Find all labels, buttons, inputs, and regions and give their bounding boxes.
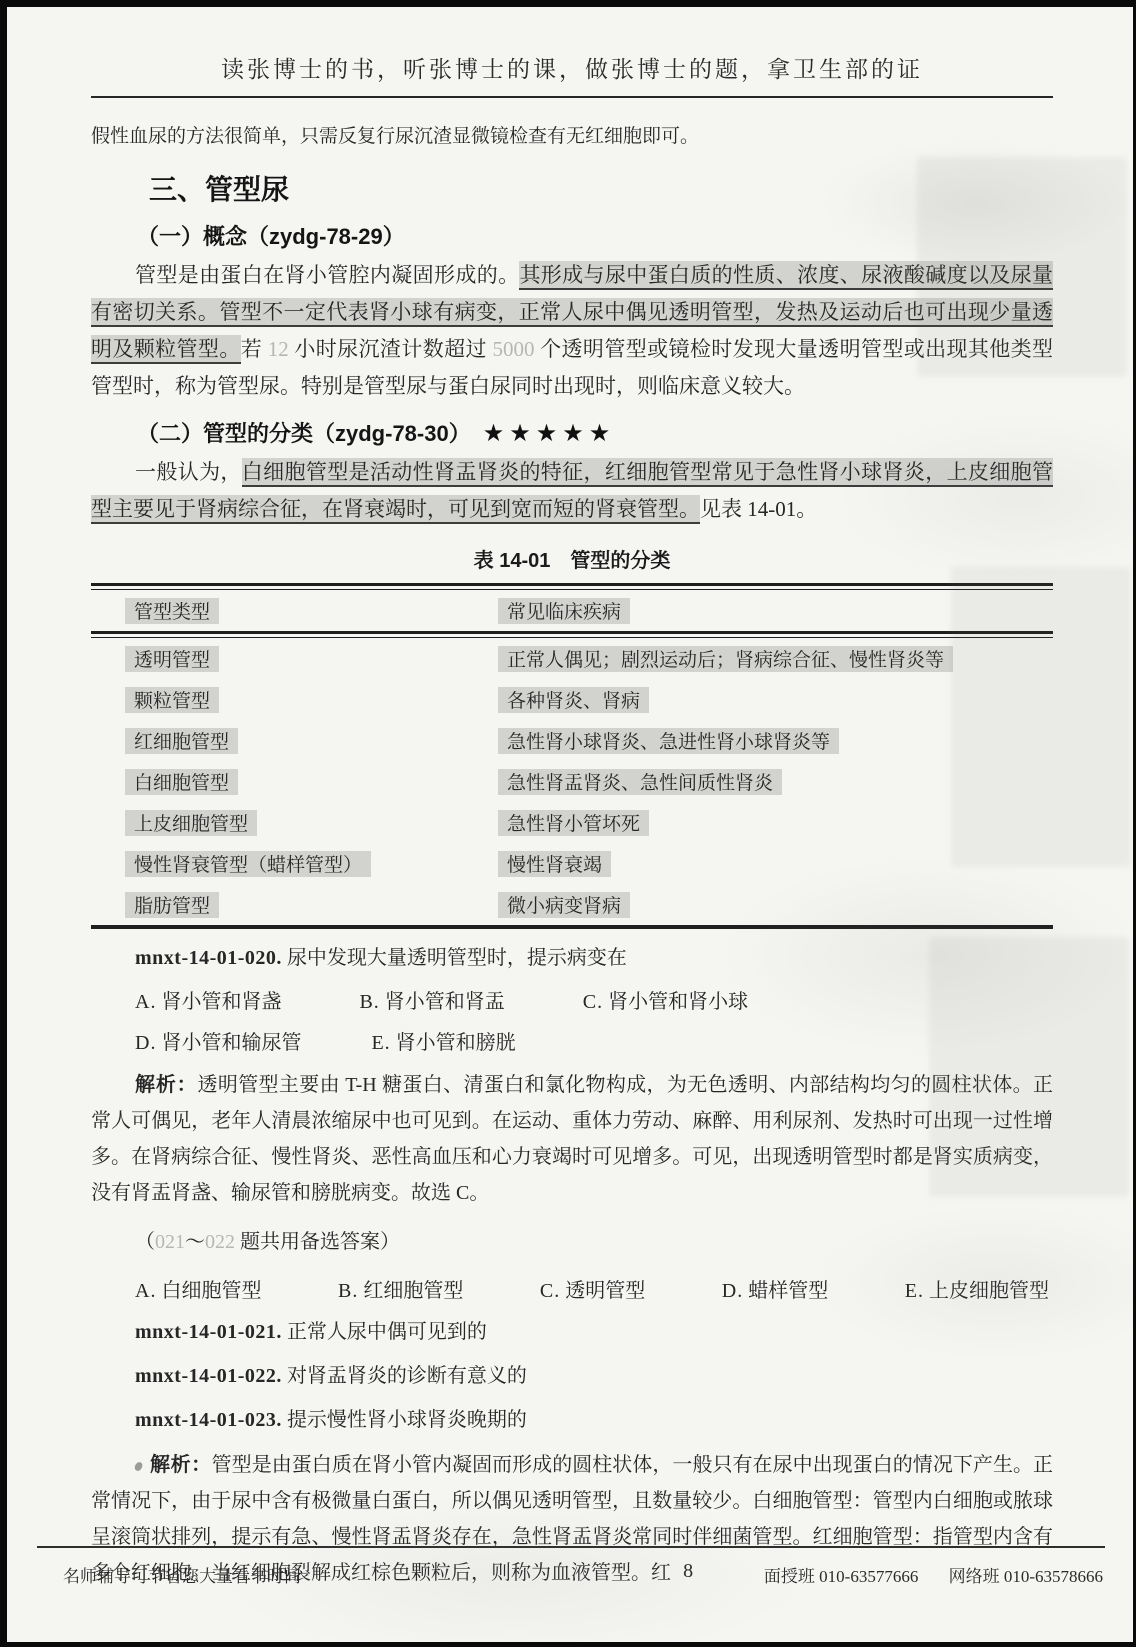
footer-contacts: 面授班 010-63577666 网络班 010-63578666 (738, 1562, 1103, 1587)
table-cell: 脂肪管型 (91, 891, 486, 918)
question-021-stem: 正常人尿中偶可见到的 (287, 1321, 487, 1343)
table-cell: 慢性肾衰竭 (486, 850, 1053, 877)
text-segment: 021 (155, 1231, 185, 1253)
footer-contact-wangluo: 网络班 010-63578666 (949, 1567, 1103, 1586)
table-header-rule (91, 631, 1053, 638)
subsection-2-title: （二）管型的分类（zydg-78-30） (137, 421, 471, 446)
text-segment: 小时尿沉渣计数超过 (294, 337, 486, 361)
table-cell: 急性肾小球肾炎、急进性肾小球肾炎等 (486, 727, 1053, 754)
table-cell: 白细胞管型 (91, 768, 486, 795)
option-b: B. 肾小管和肾盂 (359, 985, 504, 1014)
question-021-id: mnxt-14-01-021. (135, 1321, 282, 1343)
option-d: D. 肾小管和输尿管 (135, 1026, 301, 1055)
intro-paragraph: 假性血尿的方法很简单，只需反复行尿沉渣显微镜检查有无红细胞即可。 (91, 122, 1053, 152)
text-segment: 若 (241, 337, 262, 361)
section-heading: 三、管型尿 (149, 168, 1053, 208)
header-rule (91, 96, 1053, 98)
table-row: 上皮细胞管型急性肾小管坏死 (91, 802, 1053, 843)
analysis-label: 解析： (150, 1454, 212, 1476)
subsection-2-heading: （二）管型的分类（zydg-78-30）★★★★★ (137, 417, 1053, 448)
question-022-stem: 对肾盂肾炎的诊断有意义的 (287, 1365, 527, 1387)
footer-contact-mianshou: 面授班 010-63577666 (764, 1567, 918, 1586)
option-d: D. 蜡样管型 (722, 1274, 828, 1303)
table-cell: 慢性肾衰管型（蜡样管型） (91, 850, 486, 877)
question-020: mnxt-14-01-020. 尿中发现大量透明管型时，提示病变在 (91, 943, 1053, 973)
table-row: 红细胞管型急性肾小球肾炎、急进性肾小球肾炎等 (91, 720, 1053, 761)
table-cell: 急性肾盂肾炎、急性间质性肾炎 (486, 768, 1053, 795)
table-row: 慢性肾衰管型（蜡样管型）慢性肾衰竭 (91, 843, 1053, 884)
table-row: 颗粒管型各种肾炎、肾病 (91, 679, 1053, 720)
table-cell: 正常人偶见；剧烈运动后；肾病综合征、慢性肾炎等 (486, 645, 1053, 672)
text-segment: 022 (205, 1231, 235, 1253)
table-cell: 颗粒管型 (91, 686, 486, 713)
table-cell: 急性肾小管坏死 (486, 809, 1053, 836)
analysis-020: 解析：透明管型主要由 T-H 糖蛋白、清蛋白和氯化物构成，为无色透明、内部结构均… (91, 1067, 1053, 1211)
table-cell: 微小病变肾病 (486, 891, 1053, 918)
text-segment: 5000 (487, 337, 540, 361)
table-cell: 红细胞管型 (91, 727, 486, 754)
question-020-options-row-2: D. 肾小管和输尿管E. 肾小管和膀胱 (91, 1026, 1053, 1055)
shared-answers-note: （021～022 题共用备选答案） (91, 1225, 1053, 1254)
table-cell: 透明管型 (91, 645, 486, 672)
table-cell: 各种肾炎、肾病 (486, 686, 1053, 713)
question-020-stem: 尿中发现大量透明管型时，提示病变在 (287, 947, 627, 969)
footer-slogan: 名师辅导可节省您大量看书时间 (63, 1562, 301, 1587)
question-020-options-row-1: A. 肾小管和肾盏B. 肾小管和肾盂C. 肾小管和肾小球 (91, 985, 1053, 1014)
page-footer: 名师辅导可节省您大量看书时间 8 面授班 010-63577666 网络班 01… (37, 1546, 1105, 1596)
question-021: mnxt-14-01-021. 正常人尿中偶可见到的 (91, 1317, 1053, 1347)
option-e: E. 上皮细胞管型 (905, 1274, 1049, 1303)
scan-border: 读张博士的书，听张博士的课，做张博士的题，拿卫生部的证 假性血尿的方法很简单，只… (0, 0, 1136, 1647)
table-cell: 上皮细胞管型 (91, 809, 486, 836)
question-023-stem: 提示慢性肾小球肾炎晚期的 (287, 1409, 527, 1431)
text-segment: 见表 14-01。 (700, 497, 817, 521)
question-023: mnxt-14-01-023. 提示慢性肾小球肾炎晚期的 (91, 1405, 1053, 1435)
option-e: E. 肾小管和膀胱 (371, 1026, 515, 1055)
header-slogan: 读张博士的书，听张博士的课，做张博士的题，拿卫生部的证 (221, 57, 923, 82)
table-bottom-rule (91, 925, 1053, 929)
ink-speck (134, 1461, 143, 1472)
subsection-1-heading: （一）概念（zydg-78-29） (137, 220, 1053, 251)
table-header-row: 管型类型 常见临床疾病 (91, 590, 1053, 631)
question-022: mnxt-14-01-022. 对肾盂肾炎的诊断有意义的 (91, 1361, 1053, 1391)
question-022-id: mnxt-14-01-022. (135, 1365, 282, 1387)
cast-classification-table: 管型类型 常见临床疾病 透明管型正常人偶见；剧烈运动后；肾病综合征、慢性肾炎等颗… (91, 583, 1053, 929)
text-segment: 管型是由蛋白在肾小管腔内凝固形成的。 (135, 263, 519, 287)
shared-options-row: A. 白细胞管型B. 红细胞管型C. 透明管型D. 蜡样管型E. 上皮细胞管型 (91, 1274, 1053, 1303)
option-c: C. 透明管型 (540, 1274, 645, 1303)
table-body: 透明管型正常人偶见；剧烈运动后；肾病综合征、慢性肾炎等颗粒管型各种肾炎、肾病红细… (91, 638, 1053, 925)
text-segment: （ (135, 1231, 155, 1253)
text-segment: 题共用备选答案） (235, 1231, 400, 1253)
analysis-020-text: 透明管型主要由 T-H 糖蛋白、清蛋白和氯化物构成，为无色透明、内部结构均匀的圆… (91, 1074, 1053, 1204)
table-top-rule (91, 583, 1053, 590)
table-caption: 表 14-01 管型的分类 (91, 544, 1053, 573)
page-header: 读张博士的书，听张博士的课，做张博士的题，拿卫生部的证 (91, 7, 1053, 84)
classification-paragraph: 一般认为，白细胞管型是活动性肾盂肾炎的特征，红细胞管型常见于急性肾小球肾炎，上皮… (91, 454, 1053, 528)
option-a: A. 白细胞管型 (135, 1274, 261, 1303)
analysis-label: 解析： (135, 1074, 198, 1096)
table-header-cell: 管型类型 (91, 597, 486, 624)
star-rating: ★★★★★ (483, 420, 616, 447)
text-segment: 12 (262, 337, 294, 361)
page-number: 8 (683, 1560, 693, 1583)
option-c: C. 肾小管和肾小球 (583, 985, 748, 1014)
text-segment: 一般认为， (135, 460, 242, 484)
option-b: B. 红细胞管型 (338, 1274, 463, 1303)
concept-paragraph: 管型是由蛋白在肾小管腔内凝固形成的。其形成与尿中蛋白质的性质、浓度、尿液酸碱度以… (91, 257, 1053, 405)
table-header-cell: 常见临床疾病 (486, 597, 1053, 624)
question-023-id: mnxt-14-01-023. (135, 1409, 282, 1431)
text-segment: ～ (185, 1231, 205, 1253)
option-a: A. 肾小管和肾盏 (135, 985, 281, 1014)
page: 读张博士的书，听张博士的课，做张博士的题，拿卫生部的证 假性血尿的方法很简单，只… (7, 7, 1133, 1642)
table-row: 透明管型正常人偶见；剧烈运动后；肾病综合征、慢性肾炎等 (91, 638, 1053, 679)
question-020-id: mnxt-14-01-020. (135, 947, 282, 969)
table-row: 脂肪管型微小病变肾病 (91, 884, 1053, 925)
table-row: 白细胞管型急性肾盂肾炎、急性间质性肾炎 (91, 761, 1053, 802)
